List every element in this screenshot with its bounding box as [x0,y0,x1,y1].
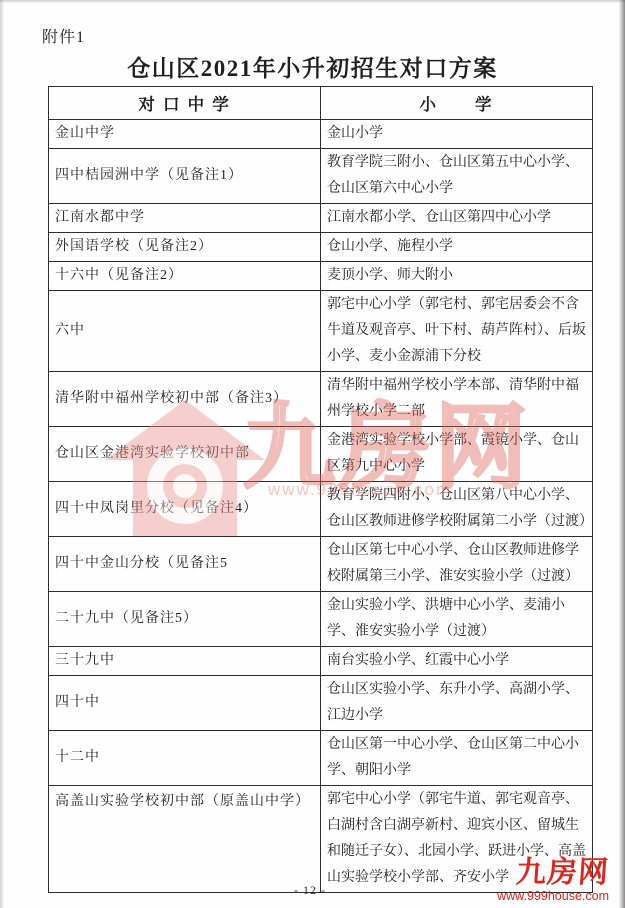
middle-school-cell: 六中 [49,291,321,372]
column-header-primary-school: 小 学 [321,87,593,120]
middle-school-cell: 仓山区金港湾实验学校初中部 [49,427,321,482]
primary-school-cell: 南台实验小学、红霞中心小学 [321,647,593,676]
table-header-row: 对 口 中 学 小 学 [49,87,593,120]
primary-school-cell: 仓山区实验小学、东升小学、高湖小学、江边小学 [321,676,593,731]
middle-school-cell: 十二中 [49,731,321,786]
footer-brand-url: www.999house.com [497,889,609,904]
primary-school-cell: 金山小学 [321,120,593,149]
middle-school-cell: 三十九中 [49,647,321,676]
primary-school-cell: 教育学院三附小、仓山区第五中心小学、仓山区第六中心小学 [321,149,593,204]
middle-school-cell: 高盖山实验学校初中部（原盖山中学） [49,786,321,893]
middle-school-cell: 十六中（见备注2） [49,262,321,291]
middle-school-cell: 清华附中福州学校初中部（备注3） [49,372,321,427]
primary-school-cell: 仓山小学、施程小学 [321,233,593,262]
table-row: 四十中凤岗里分校（见备注4） 教育学院四附小、仓山区第八中心小学、仓山区教师进修… [49,482,593,537]
admission-mapping-table: 对 口 中 学 小 学 金山中学 金山小学 四中桔园洲中学（见备注1） 教育学院… [48,86,593,893]
table-row: 仓山区金港湾实验学校初中部 金港湾实验学校小学部、霞镜小学、仓山区第九中心小学 [49,427,593,482]
table-row: 十六中（见备注2） 麦顶小学、师大附小 [49,262,593,291]
middle-school-cell: 二十九中（见备注5） [49,592,321,647]
scan-edge-left [0,0,4,908]
scan-edge-right [619,0,625,908]
table-row: 十二中 仓山区第一中心小学、仓山区第二中心小学、朝阳小学 [49,731,593,786]
primary-school-cell: 金港湾实验学校小学部、霞镜小学、仓山区第九中心小学 [321,427,593,482]
primary-school-cell: 仓山区第一中心小学、仓山区第二中心小学、朝阳小学 [321,731,593,786]
footer-brand-logo: 九房网 www.999house.com [497,858,609,904]
table-row: 金山中学 金山小学 [49,120,593,149]
page-title: 仓山区2021年小升初招生对口方案 [0,50,625,83]
table-row: 外国语学校（见备注2） 仓山小学、施程小学 [49,233,593,262]
table-row: 三十九中 南台实验小学、红霞中心小学 [49,647,593,676]
table-row: 四十中 仓山区实验小学、东升小学、高湖小学、江边小学 [49,676,593,731]
primary-school-cell: 麦顶小学、师大附小 [321,262,593,291]
table-row: 清华附中福州学校初中部（备注3） 清华附中福州学校小学本部、清华附中福州学校小学… [49,372,593,427]
table-row: 六中 郭宅中心小学（郭宅村、郭宅居委会不含牛道及观音亭、叶下村、葫芦阵村）、后坂… [49,291,593,372]
primary-school-cell: 江南水都小学、仓山区第四中心小学 [321,204,593,233]
primary-school-cell: 清华附中福州学校小学本部、清华附中福州学校小学二部 [321,372,593,427]
table-row: 四十中金山分校（见备注5 仓山区第七中心小学、仓山区教师进修学校附属第三小学、淮… [49,537,593,592]
document-page: 附件1 仓山区2021年小升初招生对口方案 对 口 中 学 小 学 金山中学 金… [0,0,625,908]
middle-school-cell: 四十中 [49,676,321,731]
primary-school-cell: 仓山区第七中心小学、仓山区教师进修学校附属第三小学、淮安实验小学（过渡） [321,537,593,592]
primary-school-cell: 教育学院四附小、仓山区第八中心小学、仓山区教师进修学校附属第二小学（过渡） [321,482,593,537]
table-row: 四中桔园洲中学（见备注1） 教育学院三附小、仓山区第五中心小学、仓山区第六中心小… [49,149,593,204]
middle-school-cell: 四中桔园洲中学（见备注1） [49,149,321,204]
middle-school-cell: 金山中学 [49,120,321,149]
table-row: 江南水都中学 江南水都小学、仓山区第四中心小学 [49,204,593,233]
table-row: 二十九中（见备注5） 金山实验小学、洪塘中心小学、麦浦小学、淮安实验小学（过渡） [49,592,593,647]
middle-school-cell: 外国语学校（见备注2） [49,233,321,262]
primary-school-cell: 金山实验小学、洪塘中心小学、麦浦小学、淮安实验小学（过渡） [321,592,593,647]
primary-school-cell: 郭宅中心小学（郭宅村、郭宅居委会不含牛道及观音亭、叶下村、葫芦阵村）、后坂小学、… [321,291,593,372]
middle-school-cell: 四十中凤岗里分校（见备注4） [49,482,321,537]
scan-edge-top [0,0,625,3]
middle-school-cell: 四十中金山分校（见备注5 [49,537,321,592]
attachment-label: 附件1 [42,24,85,47]
middle-school-cell: 江南水都中学 [49,204,321,233]
column-header-middle-school: 对 口 中 学 [49,87,321,120]
footer-brand-name: 九房网 [515,858,610,888]
